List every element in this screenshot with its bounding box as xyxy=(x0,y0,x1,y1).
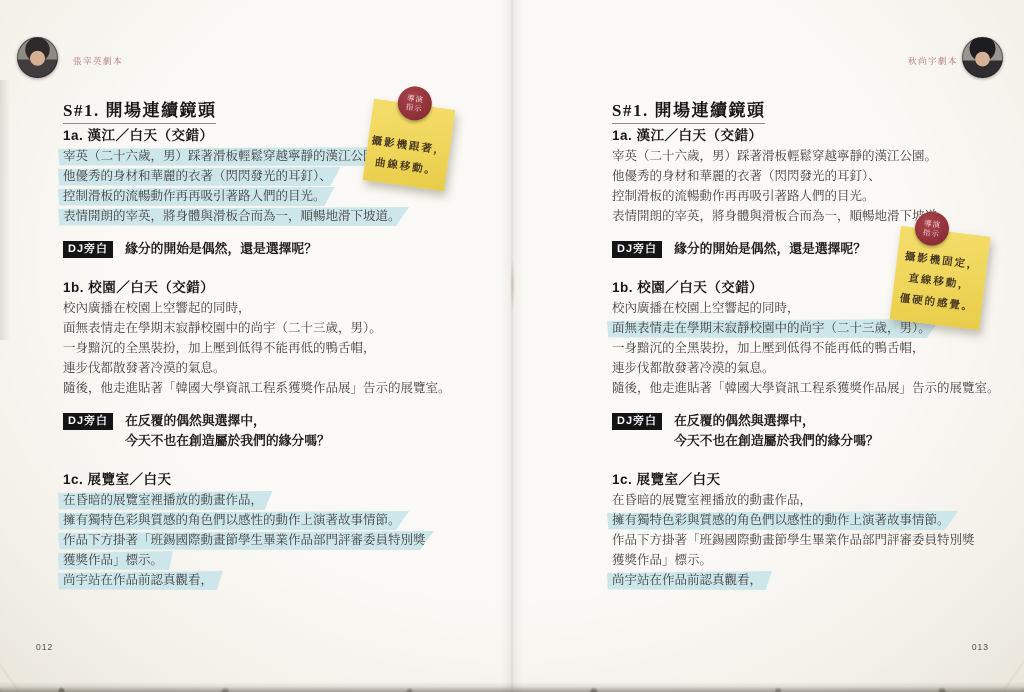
page-left: 張宰英劇本 S#1. 開場連續鏡頭 1a. 漢江／白天（交錯）宰英（二十六歲，男… xyxy=(0,0,512,692)
dialogue-text: 在反覆的偶然與選擇中，今天不也在創造屬於我們的緣分嗎？ xyxy=(125,411,330,451)
script-line: 控制滑板的流暢動作再再吸引著路人們的目光。 xyxy=(612,186,1024,206)
script-line: 作品下方掛著「班錫國際動畫節學生畢業作品部門評審委員特別獎 xyxy=(63,530,483,550)
page-right: 秋尚宇劇本 S#1. 開場連續鏡頭 1a. 漢江／白天（交錯）宰英（二十六歲，男… xyxy=(512,0,1024,692)
speaker-badge: DJ旁白 xyxy=(63,413,113,430)
script-line: 面無表情走在學期末寂靜校園中的尚宇（二十三歲，男）。 xyxy=(63,318,483,338)
script-line: 尚宇站在作品前認真觀看， xyxy=(63,570,483,590)
script-line: 擁有獨特色彩與質感的角色們以感性的動作上演著故事情節。 xyxy=(612,510,1024,530)
book-spread: 張宰英劇本 S#1. 開場連續鏡頭 1a. 漢江／白天（交錯）宰英（二十六歲，男… xyxy=(0,0,1024,692)
running-head-label: 張宰英劇本 xyxy=(73,55,123,67)
character-avatar-jaeyoung xyxy=(17,37,58,78)
section-heading: 1b. 校園／白天（交錯） xyxy=(63,280,483,296)
script-line: 在昏暗的展覽室裡播放的動畫作品， xyxy=(612,490,1024,510)
script-line: 隨後，他走進貼著「韓國大學資訊工程系獲獎作品展」告示的展覽室。 xyxy=(63,378,483,398)
dialogue-row: DJ旁白緣分的開始是偶然，還是選擇呢？ xyxy=(63,239,483,259)
running-head-label: 秋尚宇劇本 xyxy=(908,55,958,67)
script-line: 在昏暗的展覽室裡播放的動畫作品， xyxy=(63,490,483,510)
sections: 1a. 漢江／白天（交錯）宰英（二十六歲，男）踩著滑板輕鬆穿越寧靜的漢江公園。他… xyxy=(63,128,483,590)
dialogue-text: 在反覆的偶然與選擇中，今天不也在創造屬於我們的緣分嗎？ xyxy=(674,411,879,451)
speaker-badge: DJ旁白 xyxy=(63,241,113,258)
speaker-badge: DJ旁白 xyxy=(612,241,662,258)
script-line: 擁有獨特色彩與質感的角色們以感性的動作上演著故事情節。 xyxy=(63,510,483,530)
dialogue-row: DJ旁白在反覆的偶然與選擇中，今天不也在創造屬於我們的緣分嗎？ xyxy=(612,411,1024,451)
script-line: 表情開朗的宰英，將身體與滑板合而為一，順暢地滑下坡道。 xyxy=(63,206,483,226)
script-line: 校內廣播在校園上空響起的同時， xyxy=(63,298,483,318)
director-note-badge: 導演 指示 xyxy=(396,84,434,122)
section-heading: 1c. 展覽室／白天 xyxy=(63,472,483,488)
speaker-badge: DJ旁白 xyxy=(612,413,662,430)
dialogue-text: 緣分的開始是偶然，還是選擇呢？ xyxy=(125,239,317,259)
section-heading: 1c. 展覽室／白天 xyxy=(612,472,1024,488)
sections: 1a. 漢江／白天（交錯）宰英（二十六歲，男）踩著滑板輕鬆穿越寧靜的漢江公園。他… xyxy=(612,128,1024,590)
badge-text: 指示 xyxy=(922,228,940,239)
dialogue-row: DJ旁白在反覆的偶然與選擇中，今天不也在創造屬於我們的緣分嗎？ xyxy=(63,411,483,451)
script-line: 作品下方掛著「班錫國際動畫節學生畢業作品部門評審委員特別獎 xyxy=(612,530,1024,550)
script-line: 他優秀的身材和華麗的衣著（閃閃發光的耳釘）、 xyxy=(612,166,1024,186)
script-line: 連步伐都散發著冷漠的氣息。 xyxy=(63,358,483,378)
script-line: 控制滑板的流暢動作再再吸引著路人們的目光。 xyxy=(63,186,483,206)
script-line: 宰英（二十六歲，男）踩著滑板輕鬆穿越寧靜的漢江公園。 xyxy=(612,146,1024,166)
sticky-note-text: 攝影機固定，直線移動，僵硬的感覺。 xyxy=(891,246,988,319)
scene-title: S#1. 開場連續鏡頭 xyxy=(63,96,216,124)
sticky-note: 導演 指示 攝影機跟著，曲線移動。 xyxy=(363,99,456,192)
script-line: 獲獎作品」標示。 xyxy=(612,550,1024,570)
scene-title: S#1. 開場連續鏡頭 xyxy=(612,96,765,124)
character-avatar-sangwoo xyxy=(962,37,1003,78)
script-line: 獲獎作品」標示。 xyxy=(63,550,483,570)
section-heading: 1a. 漢江／白天（交錯） xyxy=(612,128,1024,144)
sticky-note-text: 攝影機跟著，曲線移動。 xyxy=(364,130,451,183)
script-line: 尚宇站在作品前認真觀看， xyxy=(612,570,1024,590)
script-line: 表情開朗的宰英，將身體與滑板合而為一，順暢地滑下坡道。 xyxy=(612,206,1024,226)
script-line: 連步伐都散發著冷漠的氣息。 xyxy=(612,358,1024,378)
page-number: 013 xyxy=(972,642,989,652)
sticky-note: 導演 指示 攝影機固定，直線移動，僵硬的感覺。 xyxy=(890,226,991,330)
page-number: 012 xyxy=(36,642,53,652)
dialogue-text: 緣分的開始是偶然，還是選擇呢？ xyxy=(674,239,866,259)
script-line: 一身黯沉的全黑裝扮，加上壓到低得不能再低的鴨舌帽， xyxy=(612,338,1024,358)
page-content: S#1. 開場連續鏡頭 1a. 漢江／白天（交錯）宰英（二十六歲，男）踩著滑板輕… xyxy=(612,96,1024,590)
script-line: 一身黯沉的全黑裝扮，加上壓到低得不能再低的鴨舌帽， xyxy=(63,338,483,358)
badge-text: 指示 xyxy=(405,102,423,113)
script-line: 隨後，他走進貼著「韓國大學資訊工程系獲獎作品展」告示的展覽室。 xyxy=(612,378,1024,398)
